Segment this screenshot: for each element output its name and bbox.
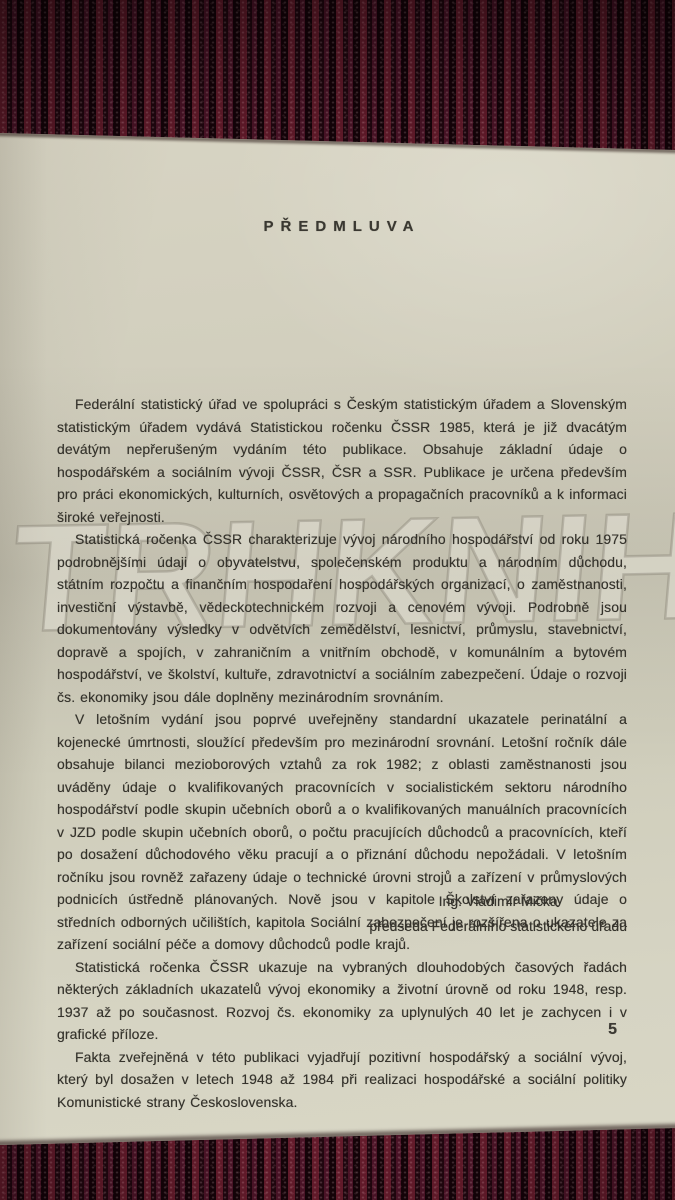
page-content: PŘEDMLUVA Federální statistický úřad ve … xyxy=(0,0,675,1200)
paragraph-2: Statistická ročenka ČSSR charakterizuje … xyxy=(57,528,627,708)
book-page: TRHKNIH PŘEDMLUVA Federální statistický … xyxy=(0,0,675,1200)
foreword-body: Federální statistický úřad ve spolupráci… xyxy=(57,393,627,1113)
page-number: 5 xyxy=(608,1021,617,1039)
page-title: PŘEDMLUVA xyxy=(57,218,627,235)
signature-block: Ing. Vladimír Mička předseda Federálního… xyxy=(369,889,627,939)
paragraph-1: Federální statistický úřad ve spolupráci… xyxy=(57,393,627,528)
signature-name: Ing. Vladimír Mička xyxy=(369,889,627,914)
signature-role: předseda Federálního statistického úřadu xyxy=(369,914,627,939)
paragraph-4: Statistická ročenka ČSSR ukazuje na vybr… xyxy=(57,956,627,1046)
paragraph-5: Fakta zveřejněná v této publikaci vyjadř… xyxy=(57,1046,627,1114)
fabric-background: TRHKNIH PŘEDMLUVA Federální statistický … xyxy=(0,0,675,1200)
